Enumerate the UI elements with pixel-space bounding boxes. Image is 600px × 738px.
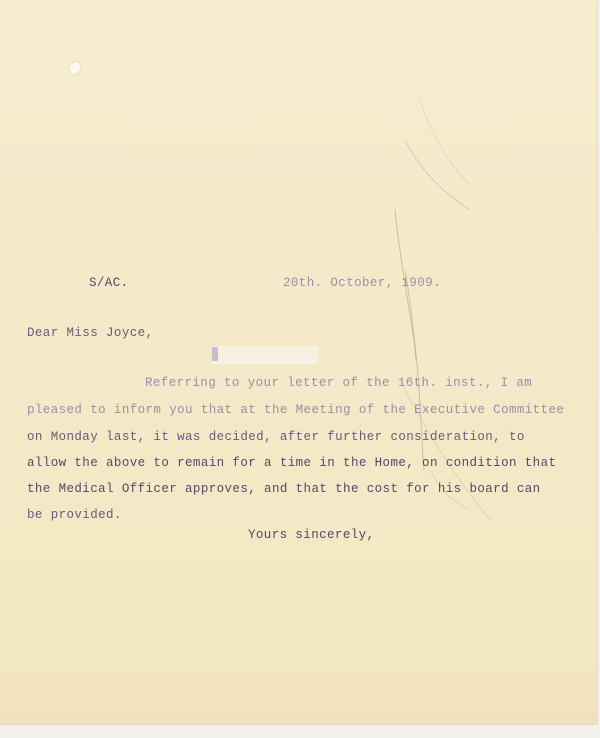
letter-page: S/AC. 20th. October, 1909. Dear Miss Joy… [0,0,597,724]
body-line-4: allow the above to remain for a time in … [27,455,556,471]
redacted-subject-line [212,346,318,364]
body-line-5: the Medical Officer approves, and that t… [27,481,541,497]
body-line-1: Referring to your letter of the 16th. in… [145,375,532,391]
body-line-3: on Monday last, it was decided, after fu… [27,429,525,445]
reference-code: S/AC. [89,275,129,291]
body-line-2: pleased to inform you that at the Meetin… [27,402,564,418]
body-line-6: be provided. [27,507,122,523]
letter-date: 20th. October, 1909. [283,275,441,291]
punch-hole [68,60,83,75]
salutation: Dear Miss Joyce, [27,325,153,341]
closing: Yours sincerely, [248,527,374,543]
redaction-residue [212,347,218,361]
fold-crease [0,0,600,738]
